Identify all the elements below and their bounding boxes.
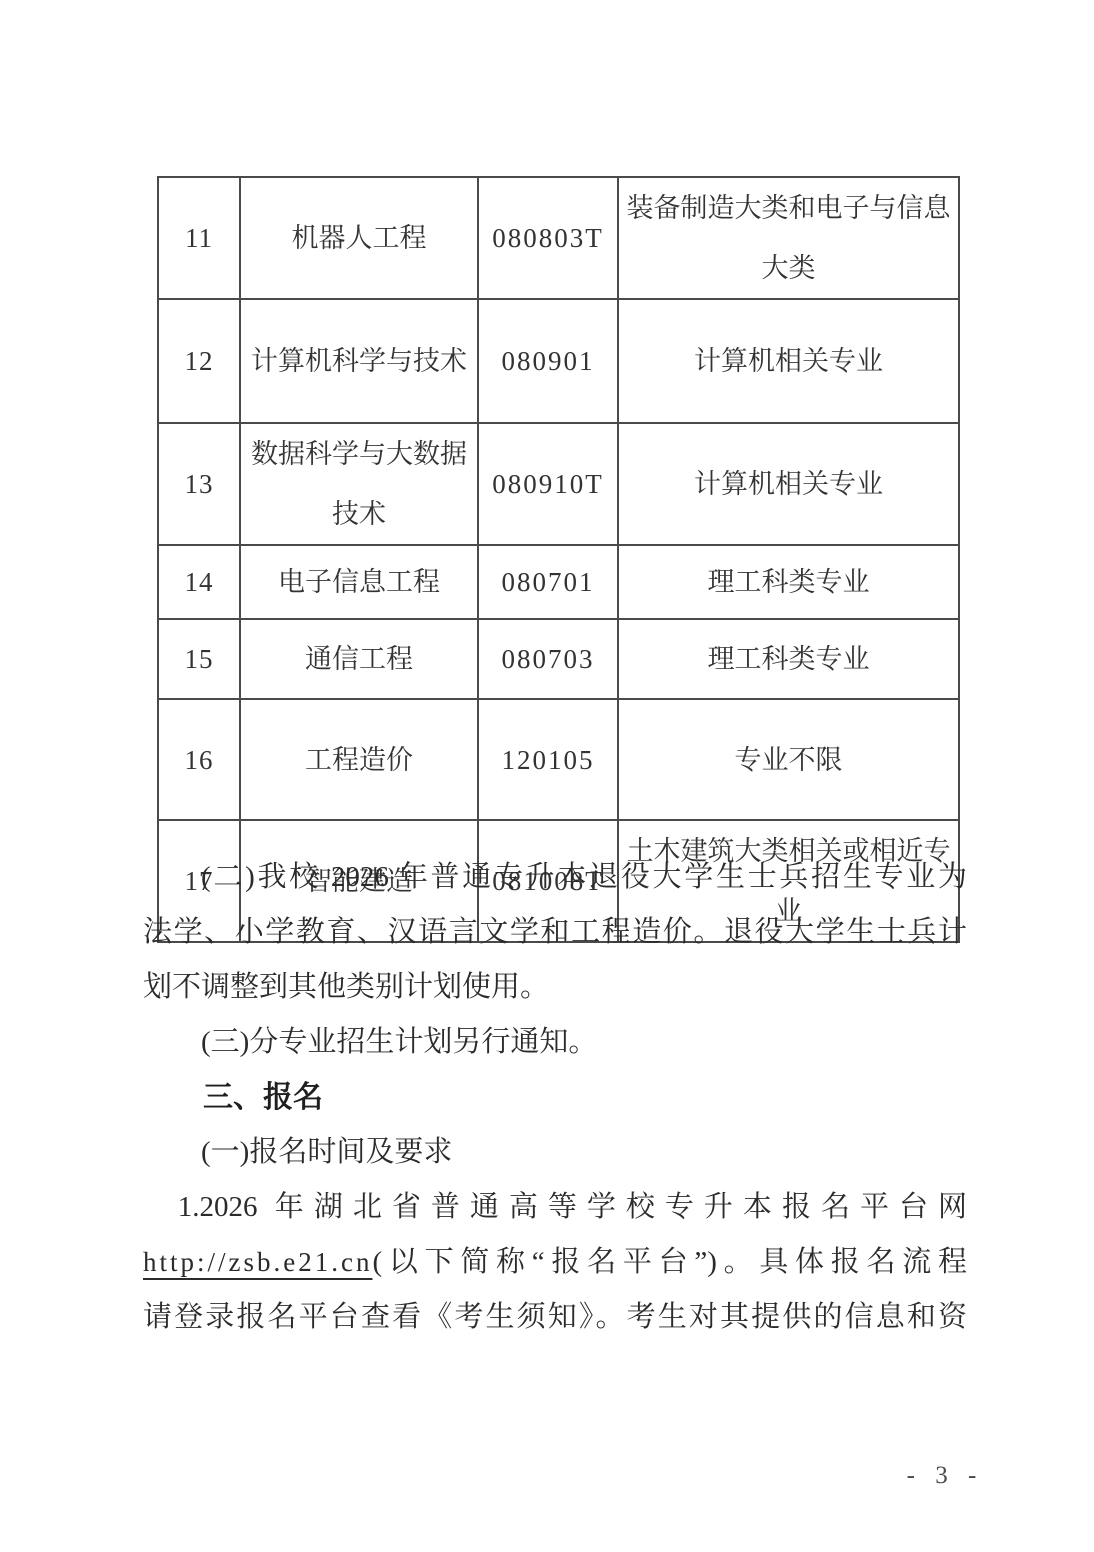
major-code-cell: 080803T (478, 177, 618, 299)
majors-table: 11 机器人工程 080803T 装备制造大类和电子与信息大类 12 计算机科学… (157, 176, 960, 943)
table-row: 12 计算机科学与技术 080901 计算机相关专业 (158, 299, 959, 423)
row-number-cell: 13 (158, 423, 240, 545)
page-number: - 3 - (880, 1462, 1010, 1490)
row-number-cell: 16 (158, 699, 240, 820)
eligible-majors-cell: 理工科类专业 (618, 619, 959, 699)
major-code-cell: 120105 (478, 699, 618, 820)
table-row: 11 机器人工程 080803T 装备制造大类和电子与信息大类 (158, 177, 959, 299)
eligible-majors-cell: 计算机相关专业 (618, 423, 959, 545)
row-number-cell: 12 (158, 299, 240, 423)
major-name-cell: 通信工程 (240, 619, 478, 699)
paragraph-1-line-3: 请登录报名平台查看《考生须知》。考生对其提供的信息和资 (143, 1290, 967, 1345)
major-code-cell: 080901 (478, 299, 618, 423)
paragraph-2-line-3: 划不调整到其他类别计划使用。 (143, 960, 967, 1015)
document-page: 11 机器人工程 080803T 装备制造大类和电子与信息大类 12 计算机科学… (0, 0, 1094, 1552)
major-name-cell: 机器人工程 (240, 177, 478, 299)
section-heading: 三、报名 (143, 1070, 967, 1125)
eligible-majors-cell: 装备制造大类和电子与信息大类 (618, 177, 959, 299)
paragraph-2-line-2: 法学、小学教育、汉语言文学和工程造价。退役大学生士兵计 (143, 905, 967, 960)
major-code-cell: 080910T (478, 423, 618, 545)
major-name-cell: 工程造价 (240, 699, 478, 820)
major-code-cell: 080703 (478, 619, 618, 699)
paragraph-1-line-1: 1.2026 年湖北省普通高等学校专升本报名平台网 (143, 1180, 967, 1235)
major-code-cell: 080701 (478, 545, 618, 619)
eligible-majors-cell: 理工科类专业 (618, 545, 959, 619)
paragraph-2-line-1: (二)我校 2026 年普通专升本退役大学生士兵招生专业为 (143, 850, 967, 905)
eligible-majors-cell: 计算机相关专业 (618, 299, 959, 423)
paragraph-1-line-2: http://zsb.e21.cn(以下简称“报名平台”)。具体报名流程 (143, 1235, 967, 1290)
major-name-cell: 数据科学与大数据技术 (240, 423, 478, 545)
body-text: (二)我校 2026 年普通专升本退役大学生士兵招生专业为 法学、小学教育、汉语… (143, 850, 967, 1345)
table-row: 13 数据科学与大数据技术 080910T 计算机相关专业 (158, 423, 959, 545)
eligible-majors-cell: 专业不限 (618, 699, 959, 820)
sub-heading: (一)报名时间及要求 (143, 1125, 967, 1180)
paragraph-3: (三)分专业招生计划另行通知。 (143, 1015, 967, 1070)
table-row: 14 电子信息工程 080701 理工科类专业 (158, 545, 959, 619)
table-row: 15 通信工程 080703 理工科类专业 (158, 619, 959, 699)
paragraph-1-line-2-rest: (以下简称“报名平台”)。具体报名流程 (372, 1246, 967, 1278)
row-number-cell: 11 (158, 177, 240, 299)
table-row: 16 工程造价 120105 专业不限 (158, 699, 959, 820)
registration-url: http://zsb.e21.cn (143, 1247, 372, 1277)
major-name-cell: 电子信息工程 (240, 545, 478, 619)
row-number-cell: 15 (158, 619, 240, 699)
major-name-cell: 计算机科学与技术 (240, 299, 478, 423)
row-number-cell: 14 (158, 545, 240, 619)
